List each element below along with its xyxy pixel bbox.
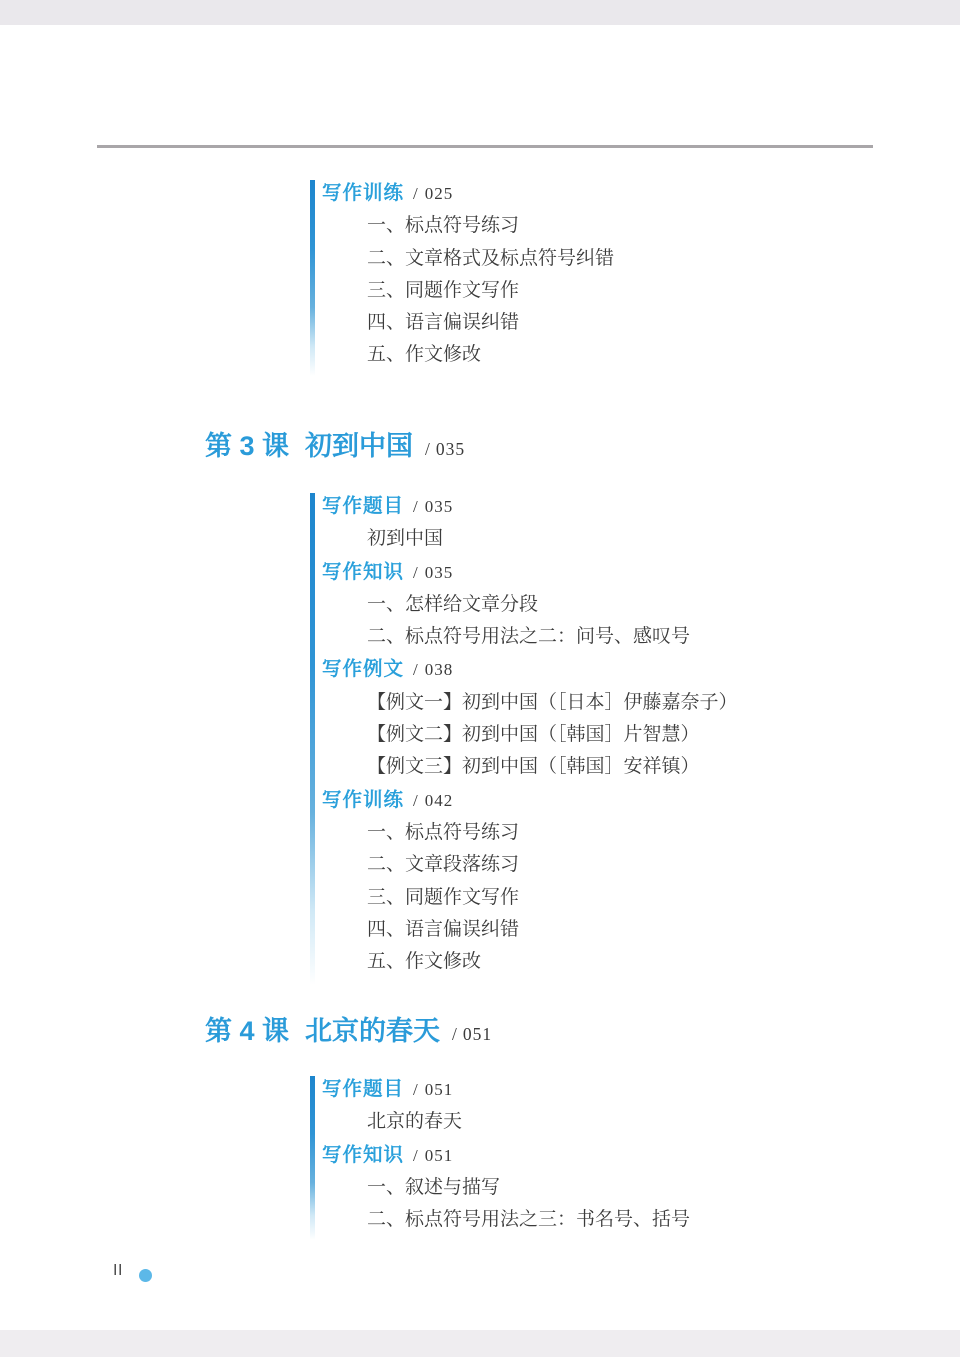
toc-page: 写作训练/025 一、标点符号练习 二、文章格式及标点符号纠错 三、同题作文写作… (0, 0, 960, 1357)
toc-subtitle-text: 北京的春天 (367, 1111, 462, 1132)
section-page-number: 038 (425, 660, 454, 679)
section-label: 写作知识 (322, 561, 404, 583)
section-header-row: 写作训练/042 (322, 784, 738, 817)
slash-separator: / (413, 791, 418, 810)
toc-item-row: 四、语言偏误纠错 (322, 914, 738, 946)
toc-item-row: 二、文章格式及标点符号纠错 (322, 243, 614, 275)
header-divider-rule (97, 145, 873, 148)
lesson-page-number: 051 (463, 1024, 492, 1044)
toc-item-row: 四、语言偏误纠错 (322, 307, 614, 339)
toc-item-text: 一、标点符号练习 (367, 215, 519, 236)
toc-item-text: 二、标点符号用法之三：书名号、括号 (367, 1209, 690, 1230)
toc-item-text: 三、同题作文写作 (367, 280, 519, 301)
toc-item-text: 二、标点符号用法之二：问号、感叹号 (367, 626, 690, 647)
lesson-page-number: 035 (436, 439, 465, 459)
toc-item-row: 五、作文修改 (322, 946, 738, 978)
accent-bar (310, 493, 315, 985)
toc-item-text: 【例文三】初到中国（［韩国］安祥镇） (367, 756, 700, 777)
toc-block-training-025: 写作训练/025 一、标点符号练习 二、文章格式及标点符号纠错 三、同题作文写作… (310, 177, 614, 372)
toc-item-row: 二、标点符号用法之三：书名号、括号 (322, 1204, 690, 1236)
toc-item-row: 三、同题作文写作 (322, 275, 614, 307)
toc-item-row: 【例文一】初到中国（［日本］伊藤嘉奈子） (322, 687, 738, 719)
section-label: 写作例文 (322, 658, 404, 680)
section-header-row: 写作知识/035 (322, 556, 738, 589)
toc-item-text: 一、叙述与描写 (367, 1177, 500, 1198)
toc-subtitle-row: 初到中国 (322, 523, 738, 555)
lesson-number: 第 3 课 (205, 431, 289, 461)
toc-item-text: 【例文一】初到中国（［日本］伊藤嘉奈子） (367, 692, 738, 713)
section-label: 写作知识 (322, 1144, 404, 1166)
lesson-number: 第 4 课 (205, 1016, 289, 1046)
section-page-number: 025 (425, 184, 454, 203)
accent-bar (310, 180, 315, 376)
section-page-number: 035 (425, 563, 454, 582)
lesson-heading-3: 第 3 课初到中国/035 (205, 428, 465, 467)
lesson-title: 北京的春天 (305, 1016, 440, 1046)
slash-separator: / (413, 660, 418, 679)
toc-item-text: 【例文二】初到中国（［韩国］片智慧） (367, 724, 700, 745)
page-footer-number: II (113, 1262, 123, 1280)
toc-subtitle-text: 初到中国 (367, 528, 443, 549)
accent-bar (310, 1076, 315, 1240)
toc-item-row: 一、叙述与描写 (322, 1172, 690, 1204)
lesson-heading-4: 第 4 课北京的春天/051 (205, 1013, 492, 1052)
toc-item-text: 二、文章段落练习 (367, 854, 519, 875)
section-page-number: 051 (425, 1146, 454, 1165)
slash-separator: / (413, 184, 418, 203)
toc-item-text: 四、语言偏误纠错 (367, 919, 519, 940)
section-header-row: 写作题目/051 (322, 1073, 690, 1106)
toc-rows: 写作题目/035 初到中国 写作知识/035 一、怎样给文章分段 二、标点符号用… (322, 490, 738, 978)
section-label: 写作题目 (322, 495, 404, 517)
footer-dot (139, 1269, 152, 1282)
section-label: 写作训练 (322, 789, 404, 811)
toc-item-text: 三、同题作文写作 (367, 887, 519, 908)
toc-item-row: 五、作文修改 (322, 339, 614, 371)
slash-separator: / (452, 1024, 458, 1044)
toc-item-row: 【例文二】初到中国（［韩国］片智慧） (322, 719, 738, 751)
section-page-number: 042 (425, 791, 454, 810)
toc-item-text: 五、作文修改 (367, 951, 481, 972)
scan-edge-top (0, 0, 960, 25)
lesson-title: 初到中国 (305, 431, 413, 461)
slash-separator: / (425, 439, 431, 459)
section-header-row: 写作例文/038 (322, 653, 738, 686)
toc-block-lesson3: 写作题目/035 初到中国 写作知识/035 一、怎样给文章分段 二、标点符号用… (310, 490, 738, 978)
toc-rows: 写作题目/051 北京的春天 写作知识/051 一、叙述与描写 二、标点符号用法… (322, 1073, 690, 1236)
section-page-number: 035 (425, 497, 454, 516)
toc-item-row: 三、同题作文写作 (322, 882, 738, 914)
toc-item-text: 一、标点符号练习 (367, 822, 519, 843)
toc-item-row: 【例文三】初到中国（［韩国］安祥镇） (322, 751, 738, 783)
toc-subtitle-row: 北京的春天 (322, 1106, 690, 1138)
toc-block-lesson4: 写作题目/051 北京的春天 写作知识/051 一、叙述与描写 二、标点符号用法… (310, 1073, 690, 1236)
toc-item-row: 一、标点符号练习 (322, 210, 614, 242)
toc-item-text: 一、怎样给文章分段 (367, 594, 538, 615)
toc-item-row: 二、文章段落练习 (322, 849, 738, 881)
scan-edge-bottom (0, 1330, 960, 1357)
slash-separator: / (413, 563, 418, 582)
section-label: 写作训练 (322, 182, 404, 204)
slash-separator: / (413, 497, 418, 516)
toc-item-row: 一、怎样给文章分段 (322, 589, 738, 621)
toc-item-text: 五、作文修改 (367, 344, 481, 365)
toc-rows: 写作训练/025 一、标点符号练习 二、文章格式及标点符号纠错 三、同题作文写作… (322, 177, 614, 372)
section-header-row: 写作题目/035 (322, 490, 738, 523)
slash-separator: / (413, 1146, 418, 1165)
toc-item-row: 一、标点符号练习 (322, 817, 738, 849)
toc-item-row: 二、标点符号用法之二：问号、感叹号 (322, 621, 738, 653)
toc-item-text: 二、文章格式及标点符号纠错 (367, 248, 614, 269)
section-page-number: 051 (425, 1080, 454, 1099)
toc-item-text: 四、语言偏误纠错 (367, 312, 519, 333)
section-header-row: 写作训练/025 (322, 177, 614, 210)
section-header-row: 写作知识/051 (322, 1139, 690, 1172)
section-label: 写作题目 (322, 1078, 404, 1100)
slash-separator: / (413, 1080, 418, 1099)
